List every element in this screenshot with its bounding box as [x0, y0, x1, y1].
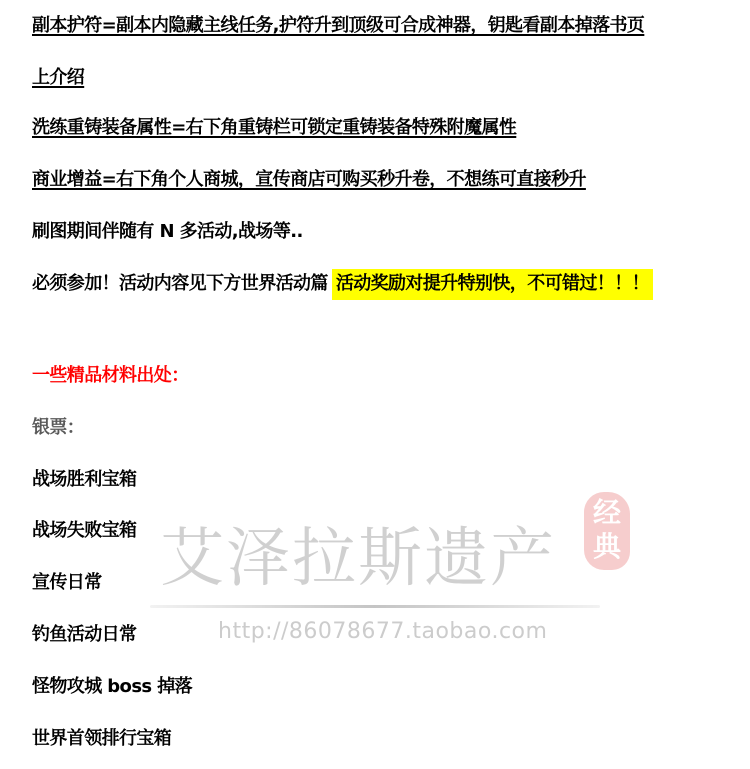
list-item: 战场胜利宝箱: [32, 468, 136, 492]
watermark: 经 典 艾泽拉斯遗产 http://86078677.taobao.com: [160, 495, 640, 655]
text-line-amulet-cont: 上介绍: [32, 66, 84, 90]
list-item: 战场失败宝箱: [32, 519, 136, 543]
highlighted-reward-note: 活动奖励对提升特别快，不可错过！！！: [332, 269, 653, 300]
text-line-activities: 刷图期间伴随有 N 多活动,战场等..: [32, 220, 303, 244]
seal-char: 经: [584, 496, 630, 530]
watermark-seal: 经 典: [584, 492, 630, 570]
watermark-divider: [150, 605, 600, 608]
section-subtitle-silver-ticket: 银票：: [32, 416, 84, 440]
list-item: 怪物攻城 boss 掉落: [32, 675, 192, 699]
document-page: 副本护符=副本内隐藏主线任务,护符升到顶级可合成神器，钥匙看副本掉落书页 上介绍…: [0, 0, 750, 769]
text-line-commerce: 商业增益=右下角个人商城，宣传商店可购买秒升卷，不想练可直接秒升: [32, 168, 586, 192]
seal-char: 典: [584, 530, 630, 564]
list-item: 宣传日常: [32, 571, 102, 595]
text-line-amulet: 副本护符=副本内隐藏主线任务,护符升到顶级可合成神器，钥匙看副本掉落书页: [32, 14, 644, 38]
section-title: 一些精品材料出处：: [32, 364, 189, 388]
text-line-must-join: 必须参加！活动内容见下方世界活动篇活动奖励对提升特别快，不可错过！！！: [32, 272, 653, 296]
must-join-text: 必须参加！活动内容见下方世界活动篇: [32, 273, 328, 294]
watermark-title: 艾泽拉斯遗产: [160, 507, 556, 599]
list-item: 世界首领排行宝箱: [32, 727, 171, 751]
watermark-url: http://86078677.taobao.com: [218, 619, 547, 644]
text-line-reforge: 洗练重铸装备属性=右下角重铸栏可锁定重铸装备特殊附魔属性: [32, 116, 516, 140]
list-item: 钓鱼活动日常: [32, 623, 136, 647]
